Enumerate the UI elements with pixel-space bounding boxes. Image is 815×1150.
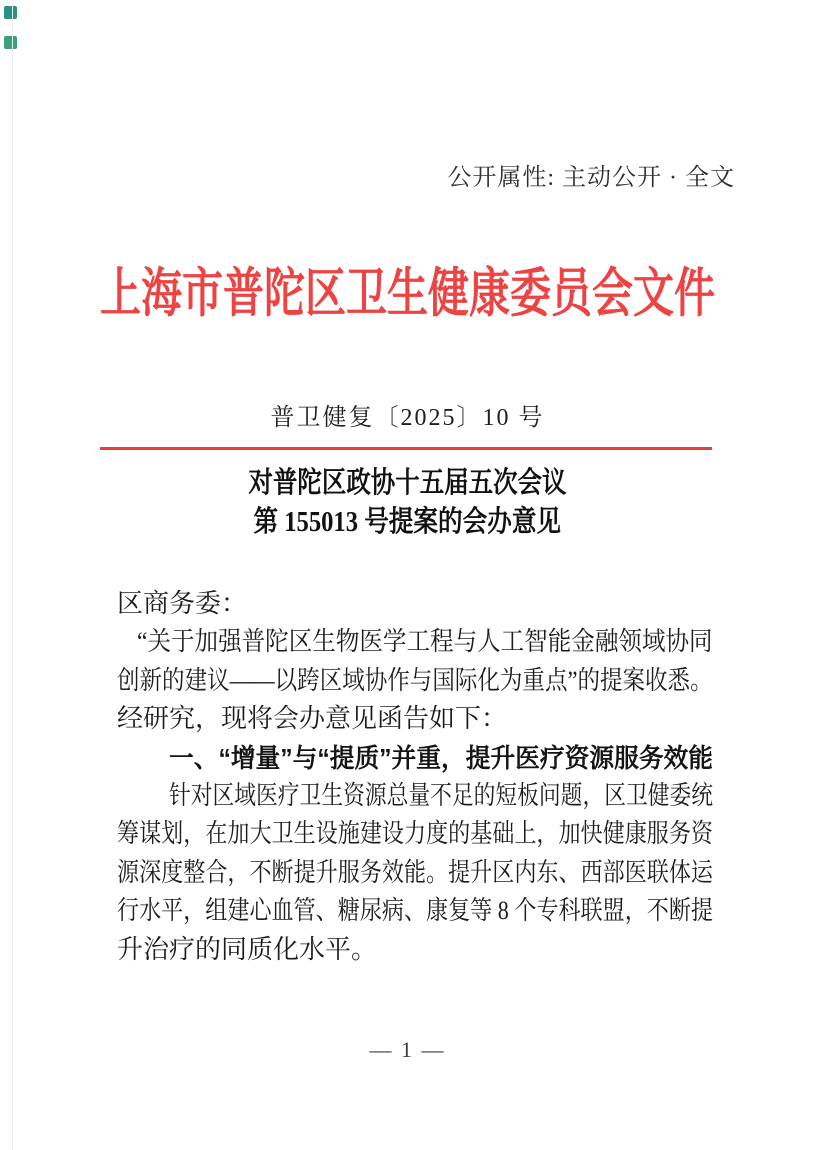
document-number: 普卫健复〔2025〕10 号 — [0, 403, 815, 433]
body-line: “关于加强普陀区生物医学工程与人工智能金融领域协同 — [117, 623, 713, 661]
body-line: 筹谋划，在加大卫生设施建设力度的基础上，加快健康服务资 — [117, 815, 713, 853]
document-title-line1: 对普陀区政协十五届五次会议 — [0, 464, 815, 503]
body-line: 区商务委： — [117, 585, 713, 623]
disclosure-attribute-line: 公开属性: 主动公开 · 全文 — [447, 163, 735, 193]
scan-registration-mark-2 — [4, 36, 17, 49]
body-line: 针对区域医疗卫生资源总量不足的短板问题，区卫健委统 — [117, 777, 713, 815]
body-line: 源深度整合，不断提升服务效能。提升区内东、西部医联体运 — [117, 854, 713, 892]
scan-edge-line — [12, 0, 13, 1150]
scanned-document-page: { "page": { "background": "#ffffff", "me… — [0, 0, 815, 1150]
body-line: 创新的建议——以跨区域协作与国际化为重点”的提案收悉。 — [117, 662, 713, 700]
letterhead-red-rule — [100, 447, 712, 450]
body-line: 行水平，组建心血管、糖尿病、康复等 8 个专科联盟，不断提 — [117, 892, 713, 930]
page-number: — 1 — — [0, 1036, 815, 1064]
document-title: 对普陀区政协十五届五次会议 第 155013 号提案的会办意见 — [0, 464, 815, 542]
letterhead-org-title: 上海市普陀区卫生健康委员会文件 — [100, 264, 715, 324]
document-body: 区商务委：“关于加强普陀区生物医学工程与人工智能金融领域协同创新的建议——以跨区… — [117, 585, 713, 969]
body-line: 升治疗的同质化水平。 — [117, 931, 713, 969]
document-title-line2: 第 155013 号提案的会办意见 — [0, 503, 815, 542]
letterhead-org-title-text: 上海市普陀区卫生健康委员会文件 — [100, 264, 715, 324]
body-line: 经研究，现将会办意见函告如下： — [117, 700, 713, 738]
body-line: 一、“增量”与“提质”并重，提升医疗资源服务效能 — [117, 739, 713, 777]
scan-registration-mark-1 — [4, 6, 17, 19]
